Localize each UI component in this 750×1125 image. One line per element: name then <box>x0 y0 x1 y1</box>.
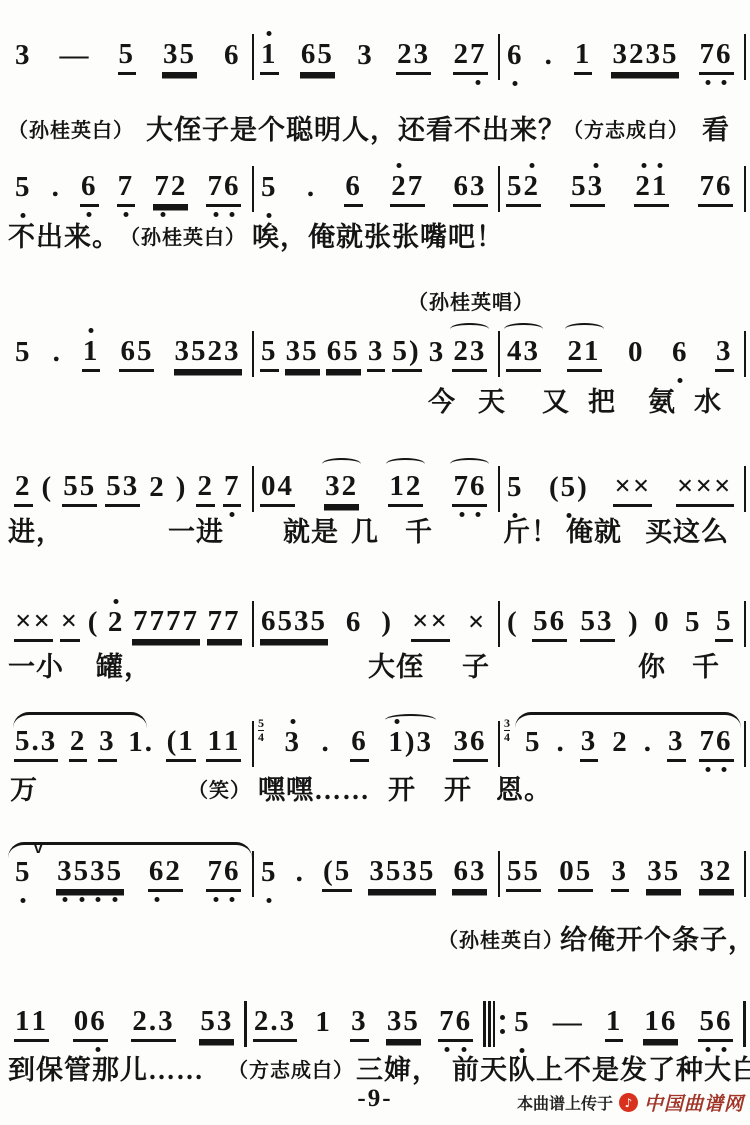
note-token: ( <box>41 473 55 505</box>
note-group: . <box>556 728 567 760</box>
note-digit: 2 <box>524 172 541 201</box>
note-digit: 3 <box>175 337 192 366</box>
repeat-dot <box>500 1029 505 1034</box>
beamed-note-group: 53 <box>199 1007 234 1041</box>
note-group: 3 <box>284 728 303 760</box>
beamed-note-group: 12 <box>388 472 423 507</box>
octave-dot-high <box>641 163 646 168</box>
note-digit-glyph: 6 <box>453 857 470 886</box>
lyric-line: 万（笑）嘿嘿……开开恩。 <box>0 768 750 806</box>
note-digit: 0 <box>654 608 671 637</box>
note-digit: × <box>677 472 696 501</box>
note-digit-glyph: . <box>322 728 331 757</box>
note-digit: 3 <box>368 337 385 366</box>
beamed-note-group: 23 <box>396 40 431 75</box>
beamed-note-group: 52 <box>506 172 541 207</box>
note-digit: 3 <box>470 172 487 201</box>
note-digit: 1 <box>644 1007 661 1036</box>
note-digit-glyph: . <box>557 728 566 757</box>
note-digit: 6 <box>81 172 98 201</box>
note-digit-glyph: 2 <box>15 472 32 501</box>
note-digit: 5 <box>716 607 733 636</box>
note-token: 5 <box>260 858 279 890</box>
note-digit: 4 <box>278 472 295 501</box>
beamed-note-group: 11 <box>206 727 241 762</box>
note-digit: 3 <box>15 41 32 70</box>
lyric-segment: 看 <box>702 108 730 147</box>
note-token: 2.3 <box>253 1007 297 1042</box>
note-digit-glyph: 6 <box>90 1007 107 1036</box>
note-digit: 3 <box>645 40 662 69</box>
score-line: 5.3231.(111543.61)336345.32.376 <box>8 715 746 773</box>
note-token: 32 <box>699 857 734 891</box>
note-digit: 5 <box>317 40 334 69</box>
note-digit-glyph: ( <box>323 857 335 886</box>
note-digit-glyph: . <box>53 338 62 367</box>
note-token: 23 <box>452 337 487 372</box>
note-token: 3235 <box>611 40 679 74</box>
lyric-segment: 俺就 <box>566 510 622 549</box>
note-digit-glyph: 0 <box>628 338 645 367</box>
note-digit-glyph: ) <box>381 608 393 637</box>
note-digit-glyph: 1 <box>15 1007 32 1036</box>
lyric-segment: （方志成白） <box>563 114 689 143</box>
note-token: 7 <box>223 472 242 507</box>
note-digit: 3 <box>294 607 311 636</box>
note-digit-glyph: 3 <box>414 40 431 69</box>
barline <box>744 721 747 767</box>
note-digit-glyph: 3 <box>716 337 733 366</box>
note-digit-glyph: 5 <box>278 607 295 636</box>
repeat-dot <box>500 1015 505 1020</box>
note-token: 3 <box>356 41 375 73</box>
note-digit-glyph: × <box>412 607 431 636</box>
score-line: 5.16535235356535)3234321063 <box>8 325 746 383</box>
lyric-segment: 恩。 <box>496 768 552 807</box>
note-digit: 6 <box>351 727 368 756</box>
note-digit-glyph: 2 <box>171 172 188 201</box>
note-digit: ( <box>323 857 335 886</box>
note-digit-glyph: 6 <box>224 857 241 886</box>
lyric-segment: 到保管那儿…… <box>8 1048 204 1087</box>
note-digit: 3 <box>90 857 107 886</box>
note-digit: 5 <box>662 40 679 69</box>
lyric-line: （孙桂英唱） <box>0 280 750 318</box>
lyric-line: 进，一进就是几千斤！俺就买这么 <box>0 510 750 548</box>
note-token: 43 <box>506 337 541 372</box>
note-token: 6 <box>344 172 363 207</box>
note-token: 53 <box>105 472 140 507</box>
note-digit-glyph: 1 <box>388 728 405 757</box>
note-digit: 3 <box>325 472 342 501</box>
note-token: 76 <box>699 40 734 75</box>
note-group: ) <box>175 473 189 505</box>
note-digit: 2 <box>568 337 585 366</box>
note-token: 55 <box>62 472 97 507</box>
note-digit: 5 <box>685 608 702 637</box>
lyric-line: 一小罐，大侄子你千 <box>0 645 750 683</box>
score-line: 5.6772765.6276352532176 <box>8 160 746 218</box>
note-token: 2 <box>148 473 167 505</box>
note-digit: 3 <box>285 728 302 757</box>
note-digit-glyph: 3 <box>41 727 58 756</box>
note-token: 35 <box>646 857 681 891</box>
note-token: ×× <box>411 607 450 642</box>
note-digit: 0 <box>628 338 645 367</box>
beamed-note-group: 6 <box>344 172 363 207</box>
note-digit-glyph: 2 <box>612 728 629 757</box>
time-signature: 54 <box>258 717 264 743</box>
note-digit-glyph: 3 <box>454 727 471 756</box>
note-digit: 5 <box>561 473 578 502</box>
note-token: 1)3 <box>387 728 434 760</box>
note-digit: ) <box>409 337 421 366</box>
octave-dot-high <box>89 328 94 333</box>
note-digit-glyph: × <box>430 607 449 636</box>
lyric-segment: （笑） <box>188 774 251 803</box>
watermark: 本曲谱上传于 ♪ 中国曲谱网 <box>517 1089 744 1116</box>
note-digit: 6 <box>456 1007 473 1036</box>
note-digit-glyph: . <box>32 727 41 756</box>
note-group: × <box>467 608 488 640</box>
note-digit-glyph: 6 <box>716 727 733 756</box>
octave-dot-high <box>114 599 119 604</box>
note-digit: 5 <box>571 172 588 201</box>
note-token: . <box>295 858 306 890</box>
slur-arc <box>385 714 436 726</box>
beamed-note-group: 3535 <box>56 857 124 891</box>
note-digit-glyph: 5 <box>302 337 319 366</box>
note-token: 3 <box>580 727 599 762</box>
lyric-segment: 开 <box>444 768 472 807</box>
note-digit: 6 <box>345 172 362 201</box>
note-digit: × <box>695 472 714 501</box>
note-token: 6 <box>671 338 690 370</box>
note-group: 5 <box>260 858 279 890</box>
beamed-note-group: 1 <box>574 40 593 75</box>
note-digit-glyph: 0 <box>654 608 671 637</box>
note-token: — <box>552 1008 585 1040</box>
note-digit-glyph: 3 <box>325 472 342 501</box>
note-digit: 6 <box>453 857 470 886</box>
note-digit-glyph: ) <box>409 337 421 366</box>
note-digit-glyph: ) <box>405 728 417 757</box>
octave-dot-high <box>397 163 402 168</box>
note-digit-glyph: 3 <box>90 857 107 886</box>
note-token: 11 <box>14 1007 49 1042</box>
note-token: 5 <box>524 728 543 760</box>
octave-dot-high <box>658 163 663 168</box>
slur-arc <box>386 458 425 470</box>
note-digit-glyph: 5 <box>180 40 197 69</box>
note-digit: — <box>60 41 91 70</box>
note-digit-glyph: 5 <box>386 857 403 886</box>
lyric-line: （孙桂英白）大侄子是个聪明人，还看不出来？（方志成白）看 <box>0 108 750 146</box>
note-digit: 3 <box>123 472 140 501</box>
beamed-note-group: 43 <box>506 337 541 372</box>
note-token: 65 <box>300 40 335 74</box>
note-digit: 2 <box>454 40 471 69</box>
note-digit-glyph: 5 <box>525 728 542 757</box>
note-digit: . <box>270 1007 279 1036</box>
score-line: 3—5356165323276.1323576 <box>8 28 746 86</box>
note-token: 1 <box>314 1008 333 1040</box>
note-digit: 5 <box>514 1008 531 1037</box>
note-digit-glyph: 6 <box>346 608 363 637</box>
beamed-note-group: ×× <box>613 472 652 507</box>
note-token: 6 <box>223 41 242 73</box>
repeat-bar-thin <box>493 1001 495 1047</box>
measure: 65356)××× <box>254 607 498 642</box>
note-digit: 2 <box>629 40 646 69</box>
note-digit-glyph: 5 <box>15 858 32 887</box>
note-group: 0 <box>653 608 672 640</box>
lyric-segment: 水 <box>694 380 722 419</box>
note-digit: 3 <box>581 727 598 756</box>
note-token: × <box>60 607 81 642</box>
lyric-segment: 就是 <box>283 510 339 549</box>
note-digit: 3 <box>668 727 685 756</box>
note-token: 3 <box>667 727 686 762</box>
note-digit: × <box>614 472 633 501</box>
octave-dot-low <box>476 80 481 85</box>
note-digit: 5 <box>15 173 32 202</box>
note-group: (5) <box>548 473 590 505</box>
octave-dot-high <box>290 719 295 724</box>
note-digit-glyph: 3 <box>57 857 74 886</box>
note-digit-glyph: 5 <box>524 857 541 886</box>
note-token: 2 <box>14 472 33 507</box>
beamed-note-group: 76 <box>698 172 733 207</box>
note-digit-glyph: 3 <box>402 857 419 886</box>
beamed-note-group: (5 <box>322 857 352 892</box>
note-token: 05 <box>558 857 593 892</box>
note-token: 72 <box>153 172 188 206</box>
note-digit-glyph: 6 <box>470 727 487 756</box>
note-digit: 5 <box>15 727 32 756</box>
note-token: 7 <box>117 172 136 207</box>
beamed-note-group: 04 <box>260 472 295 507</box>
note-token: 1 <box>82 337 101 372</box>
note-token: 5.3 <box>14 727 58 762</box>
beamed-note-group: 65 <box>326 337 361 371</box>
beamed-note-group: 63 <box>453 172 488 207</box>
beamed-note-group: 56 <box>532 607 567 642</box>
note-digit: 6 <box>661 1007 678 1036</box>
lyric-line: 不出来。（孙桂英白）唉，俺就张张嘴吧！ <box>0 215 750 253</box>
note-digit: 5 <box>80 472 97 501</box>
note-digit: 0 <box>74 1007 91 1036</box>
note-token: 36 <box>453 727 488 762</box>
note-group: 5 <box>14 858 33 890</box>
note-digit: 5 <box>278 607 295 636</box>
note-digit: 3 <box>700 857 717 886</box>
note-digit: 5 <box>664 857 681 886</box>
note-digit-glyph: 5 <box>716 607 733 636</box>
note-token: 76 <box>452 472 487 507</box>
note-token: 1 <box>260 40 279 75</box>
note-digit: 5 <box>302 337 319 366</box>
beamed-note-group: 3 <box>350 1007 369 1042</box>
slur-arc <box>504 323 543 335</box>
note-token: ) <box>175 473 189 505</box>
note-digit: 5 <box>261 858 278 887</box>
time-signature-numerator: 5 <box>258 717 264 730</box>
note-token: . <box>544 41 555 73</box>
note-digit: 5 <box>200 1007 217 1036</box>
measure: 16532327 <box>254 40 498 75</box>
note-digit-glyph: 7 <box>700 40 717 69</box>
measure: 550533532 <box>500 857 744 892</box>
note-digit: 7 <box>408 172 425 201</box>
beamed-note-group: 7 <box>117 172 136 207</box>
note-digit: 2 <box>397 40 414 69</box>
note-token: 1. <box>127 728 155 760</box>
lyric-segment: 进， <box>8 510 64 549</box>
note-digit: 2 <box>197 472 214 501</box>
note-digit: 6 <box>507 41 524 70</box>
measure: 2(55532)27 <box>8 472 252 507</box>
note-digit-glyph: 5 <box>15 338 32 367</box>
beamed-note-group: 35 <box>646 857 681 891</box>
note-digit: 3 <box>414 40 431 69</box>
note-digit-glyph: × <box>614 472 633 501</box>
lyric-segment: 前天队上不是发了种大白 <box>452 1048 750 1087</box>
octave-dot-low <box>63 897 68 902</box>
note-digit: . <box>545 41 554 70</box>
note-digit: 5 <box>403 1007 420 1036</box>
note-token: 21 <box>634 172 669 207</box>
beamed-note-group: 72 <box>153 172 188 206</box>
octave-dot-low <box>705 80 710 85</box>
measure: 5356535)323 <box>254 337 498 372</box>
note-digit-glyph: 5 <box>343 337 360 366</box>
note-digit-glyph: 6 <box>716 172 733 201</box>
beamed-note-group: 21 <box>567 337 602 372</box>
note-digit-glyph: 3 <box>470 172 487 201</box>
barline <box>744 466 747 512</box>
note-digit: × <box>430 607 449 636</box>
note-digit: 5 <box>525 728 542 757</box>
note-digit: 3 <box>158 1007 175 1036</box>
note-digit-glyph: 2 <box>397 40 414 69</box>
note-digit: 5 <box>180 40 197 69</box>
note-digit: 3 <box>280 1007 297 1036</box>
lyric-line: 到保管那儿……（方志成白）三婶，前天队上不是发了种大白 <box>0 1048 750 1086</box>
lyric-segment: 大侄 <box>368 645 424 684</box>
note-token: 5 <box>14 173 33 205</box>
beamed-note-group: 35 <box>386 1007 421 1041</box>
note-token: 3535 <box>368 857 436 891</box>
note-digit-glyph: 5 <box>317 40 334 69</box>
note-digit-glyph: 0 <box>74 1007 91 1036</box>
beamed-note-group: 2 <box>69 727 88 762</box>
note-digit-glyph: 5 <box>200 1007 217 1036</box>
beamed-note-group: 36 <box>453 727 488 762</box>
note-digit: 6 <box>470 727 487 756</box>
note-digit: 1 <box>652 172 669 201</box>
note-group: ) <box>380 608 394 640</box>
note-digit: 5 <box>107 857 124 886</box>
note-digit-glyph: ) <box>628 608 640 637</box>
beamed-note-group: 3 <box>98 727 117 762</box>
beamed-note-group: 3 <box>611 857 630 892</box>
note-digit-glyph: 3 <box>217 1007 234 1036</box>
note-group: 5 <box>524 728 543 760</box>
note-digit: 1 <box>207 727 224 756</box>
note-digit: 6 <box>224 41 241 70</box>
note-token: 27 <box>390 172 425 207</box>
note-digit-glyph: 3 <box>668 727 685 756</box>
note-digit: . <box>557 728 566 757</box>
beamed-note-group: 2 <box>14 472 33 507</box>
note-token: 35 <box>162 40 197 74</box>
lyric-segment: （孙桂英白） <box>438 924 564 953</box>
site-logo-icon: ♪ <box>619 1093 638 1112</box>
beamed-note-group: ××× <box>676 472 734 507</box>
note-token: 65 <box>326 337 361 371</box>
note-digit: 7 <box>118 172 135 201</box>
note-digit: ) <box>577 473 589 502</box>
note-digit-glyph: 1 <box>178 727 195 756</box>
note-digit: 3 <box>416 728 433 757</box>
note-digit: 1 <box>83 337 100 366</box>
note-digit-glyph: 3 <box>645 40 662 69</box>
note-token: 52 <box>506 172 541 207</box>
note-token: 2 <box>611 728 630 760</box>
note-digit-glyph: ( <box>507 608 519 637</box>
lyric-segment: 三婶， <box>356 1048 440 1087</box>
note-digit-glyph: 5 <box>561 473 578 502</box>
note-digit: 3 <box>286 337 303 366</box>
lyric-line: 今天又把氨水 <box>0 380 750 418</box>
note-digit-glyph: 5 <box>63 472 80 501</box>
note-token: 5 <box>715 607 734 642</box>
note-digit-glyph: 2 <box>453 337 470 366</box>
note-digit: 6 <box>224 857 241 886</box>
barline <box>743 1001 746 1047</box>
note-group: 5 <box>14 173 33 205</box>
note-token: 04 <box>260 472 295 507</box>
note-digit: 2 <box>254 1007 271 1036</box>
note-digit: 6 <box>550 607 567 636</box>
note-digit-glyph: 1 <box>606 1007 623 1036</box>
note-digit-glyph: 5 <box>664 857 681 886</box>
lyric-segment: 几 <box>351 510 379 549</box>
note-token: 23 <box>396 40 431 75</box>
note-token: 3 <box>350 1007 369 1042</box>
note-digit-glyph: 3 <box>597 607 614 636</box>
lyric-line: （孙桂英白）给俺开个条子， <box>0 918 750 956</box>
note-digit: 6 <box>470 472 487 501</box>
note-digit: 7 <box>700 727 717 756</box>
barline <box>744 34 747 80</box>
note-digit-glyph: 3 <box>158 1007 175 1036</box>
beamed-note-group: ×× <box>411 607 450 642</box>
barline <box>744 331 747 377</box>
note-digit: 6 <box>716 40 733 69</box>
score-line: v5353562765.(5353563550533532 <box>8 845 746 903</box>
note-group: 0 <box>627 338 646 370</box>
note-digit-glyph: . <box>296 858 305 887</box>
measure: 5.62763 <box>254 172 498 207</box>
note-digit-glyph: 2 <box>629 40 646 69</box>
note-digit: 5 <box>699 1007 716 1036</box>
octave-dot-low <box>79 897 84 902</box>
measure: 5.(5353563 <box>254 857 498 892</box>
note-digit: — <box>553 1008 584 1037</box>
note-digit: 1 <box>261 40 278 69</box>
